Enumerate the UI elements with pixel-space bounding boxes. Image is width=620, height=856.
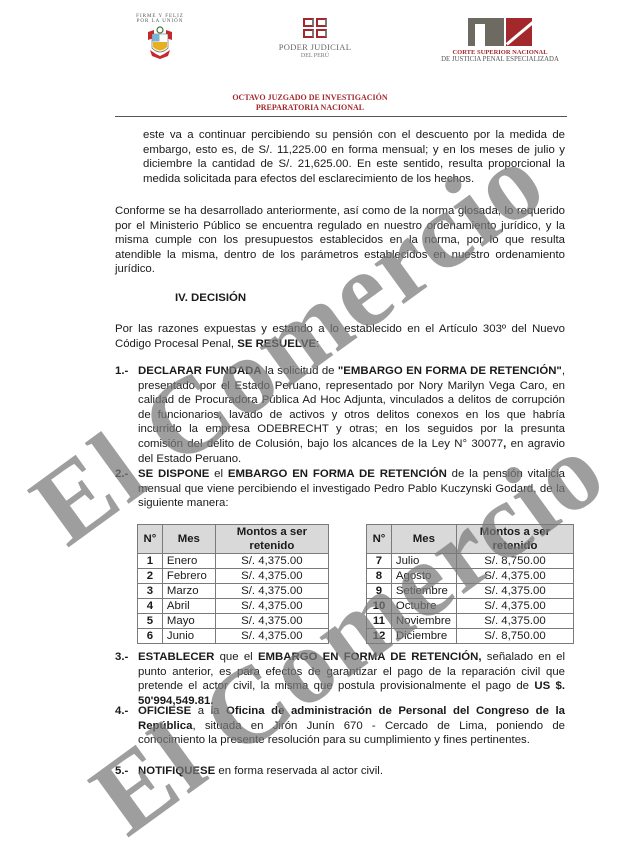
resolution-item-1: 1.- DECLARAR FUNDADA la solicitud de "EM… xyxy=(115,364,565,466)
item-text: la solicitud de xyxy=(262,365,338,377)
row-amount: S/. 4,375.00 xyxy=(215,569,328,584)
row-month: Julio xyxy=(391,554,456,569)
resolution-item-5: 5.- NOTIFIQUESE en forma reservada al ac… xyxy=(115,764,565,779)
table-row: 6JunioS/. 4,375.00 xyxy=(138,629,329,644)
item-text: , presentado por el Estado Peruano, repr… xyxy=(138,365,565,450)
row-amount: S/. 4,375.00 xyxy=(456,584,573,599)
court-title-line1: OCTAVO JUZGADO DE INVESTIGACIÓN xyxy=(0,93,620,103)
item-number: 3.- xyxy=(115,650,128,665)
row-month: Octubre xyxy=(391,599,456,614)
row-month: Mayo xyxy=(162,614,215,629)
row-amount: S/. 4,375.00 xyxy=(215,554,328,569)
row-number: 4 xyxy=(138,599,163,614)
col-header-amount: Montos a ser retenido xyxy=(215,525,328,554)
table-row: 4AbrilS/. 4,375.00 xyxy=(138,599,329,614)
escudo-motto: FIRME Y FELIZ POR LA UNIÓN xyxy=(132,14,188,24)
item-bold: SE DISPONE xyxy=(138,468,209,480)
row-number: 11 xyxy=(367,614,392,629)
row-month: Abril xyxy=(162,599,215,614)
row-number: 3 xyxy=(138,584,163,599)
item-number: 2.- xyxy=(115,467,128,482)
court-title: OCTAVO JUZGADO DE INVESTIGACIÓN PREPARAT… xyxy=(0,93,620,113)
csn-subname: DE JUSTICIA PENAL ESPECIALIZADA xyxy=(432,56,568,63)
row-number: 10 xyxy=(367,599,392,614)
row-month: Agosto xyxy=(391,569,456,584)
row-month: Febrero xyxy=(162,569,215,584)
item-bold: "EMBARGO EN FORMA DE RETENCIÓN" xyxy=(338,365,562,377)
conforme-paragraph: Conforme se ha desarrollado anteriorment… xyxy=(115,204,565,277)
item-number: 4.- xyxy=(115,704,128,719)
col-header-number: N° xyxy=(367,525,392,554)
csn-name: CORTE SUPERIOR NACIONAL xyxy=(432,49,568,56)
row-number: 8 xyxy=(367,569,392,584)
table-row: 3MarzoS/. 4,375.00 xyxy=(138,584,329,599)
table-row: 5MayoS/. 4,375.00 xyxy=(138,614,329,629)
row-month: Enero xyxy=(162,554,215,569)
row-number: 9 xyxy=(367,584,392,599)
pj-subname: DEL PERÚ xyxy=(270,53,360,59)
row-number: 6 xyxy=(138,629,163,644)
intro-text: Por las razones expuestas y estando a lo… xyxy=(115,323,565,350)
corte-superior-logo: CORTE SUPERIOR NACIONAL DE JUSTICIA PENA… xyxy=(432,18,568,74)
row-month: Setiembre xyxy=(391,584,456,599)
table-row: 11NoviembreS/. 4,375.00 xyxy=(367,614,574,629)
row-number: 1 xyxy=(138,554,163,569)
poder-judicial-logo: PODER JUDICIAL DEL PERÚ xyxy=(270,18,360,74)
intro-bold: SE RESUELVE xyxy=(237,338,316,350)
pj-sn-mark-icon xyxy=(432,18,568,46)
row-amount: S/. 4,375.00 xyxy=(215,584,328,599)
item-bold: EMBARGO EN FORMA DE RETENCIÓN xyxy=(228,468,447,480)
section-heading: IV. DECISIÓN xyxy=(175,292,246,304)
table-row: 2FebreroS/. 4,375.00 xyxy=(138,569,329,584)
resolution-item-4: 4.- OFICIESE a la Oficina de administrac… xyxy=(115,704,565,748)
court-title-line2: PREPARATORIA NACIONAL xyxy=(0,103,620,113)
row-number: 12 xyxy=(367,629,392,644)
row-number: 2 xyxy=(138,569,163,584)
col-header-month: Mes xyxy=(391,525,456,554)
retention-table-jan-jun: N° Mes Montos a ser retenido 1EneroS/. 4… xyxy=(137,524,329,644)
row-month: Diciembre xyxy=(391,629,456,644)
item-text: , situada en Jirón Junín 670 - Cercado d… xyxy=(138,720,565,747)
row-amount: S/. 4,375.00 xyxy=(215,599,328,614)
row-amount: S/. 4,375.00 xyxy=(215,614,328,629)
row-number: 7 xyxy=(367,554,392,569)
table-row: 12DiciembreS/. 8,750.00 xyxy=(367,629,574,644)
item-text: el xyxy=(209,468,228,480)
item-bold: OFICIESE xyxy=(138,705,191,717)
row-month: Marzo xyxy=(162,584,215,599)
resolution-item-2: 2.- SE DISPONE el EMBARGO EN FORMA DE RE… xyxy=(115,467,565,511)
continuation-paragraph: este va a continuar percibiendo su pensi… xyxy=(143,128,565,186)
item-bold: NOTIFIQUESE xyxy=(138,765,215,777)
item-text: a la xyxy=(191,705,226,717)
row-amount: S/. 4,375.00 xyxy=(215,629,328,644)
col-header-month: Mes xyxy=(162,525,215,554)
table-row: 10OctubreS/. 4,375.00 xyxy=(367,599,574,614)
col-header-amount: Montos a ser retenido xyxy=(456,525,573,554)
coat-of-arms-icon xyxy=(146,26,174,60)
escudo-nacional-logo: FIRME Y FELIZ POR LA UNIÓN xyxy=(128,14,192,76)
row-amount: S/. 8,750.00 xyxy=(456,629,573,644)
item-text: que el xyxy=(214,651,258,663)
row-month: Junio xyxy=(162,629,215,644)
item-bold: DECLARAR FUNDADA xyxy=(138,365,262,377)
pj-mark-icon xyxy=(303,18,327,38)
col-header-number: N° xyxy=(138,525,163,554)
item-bold: EMBARGO EN FORMA DE RETENCIÓN, xyxy=(258,651,482,663)
item-number: 5.- xyxy=(115,764,128,779)
row-amount: S/. 8,750.00 xyxy=(456,554,573,569)
header-divider xyxy=(115,116,567,117)
pj-name: PODER JUDICIAL xyxy=(270,42,360,52)
table-row: 1EneroS/. 4,375.00 xyxy=(138,554,329,569)
item-number: 1.- xyxy=(115,364,128,379)
intro-end: : xyxy=(316,338,319,350)
item-text: en forma reservada al actor civil. xyxy=(215,765,383,777)
row-amount: S/. 4,375.00 xyxy=(456,599,573,614)
table-row: 9SetiembreS/. 4,375.00 xyxy=(367,584,574,599)
item-bold: ESTABLECER xyxy=(138,651,214,663)
table-row: 8AgostoS/. 4,375.00 xyxy=(367,569,574,584)
resolution-item-3: 3.- ESTABLECER que el EMBARGO EN FORMA D… xyxy=(115,650,565,708)
row-month: Noviembre xyxy=(391,614,456,629)
row-amount: S/. 4,375.00 xyxy=(456,569,573,584)
document-page: FIRME Y FELIZ POR LA UNIÓN PODER JUDICIA… xyxy=(0,0,620,856)
resolution-intro: Por las razones expuestas y estando a lo… xyxy=(115,322,565,351)
row-amount: S/. 4,375.00 xyxy=(456,614,573,629)
table-row: 7JulioS/. 8,750.00 xyxy=(367,554,574,569)
retention-table-jul-dec: N° Mes Montos a ser retenido 7JulioS/. 8… xyxy=(366,524,574,644)
row-number: 5 xyxy=(138,614,163,629)
